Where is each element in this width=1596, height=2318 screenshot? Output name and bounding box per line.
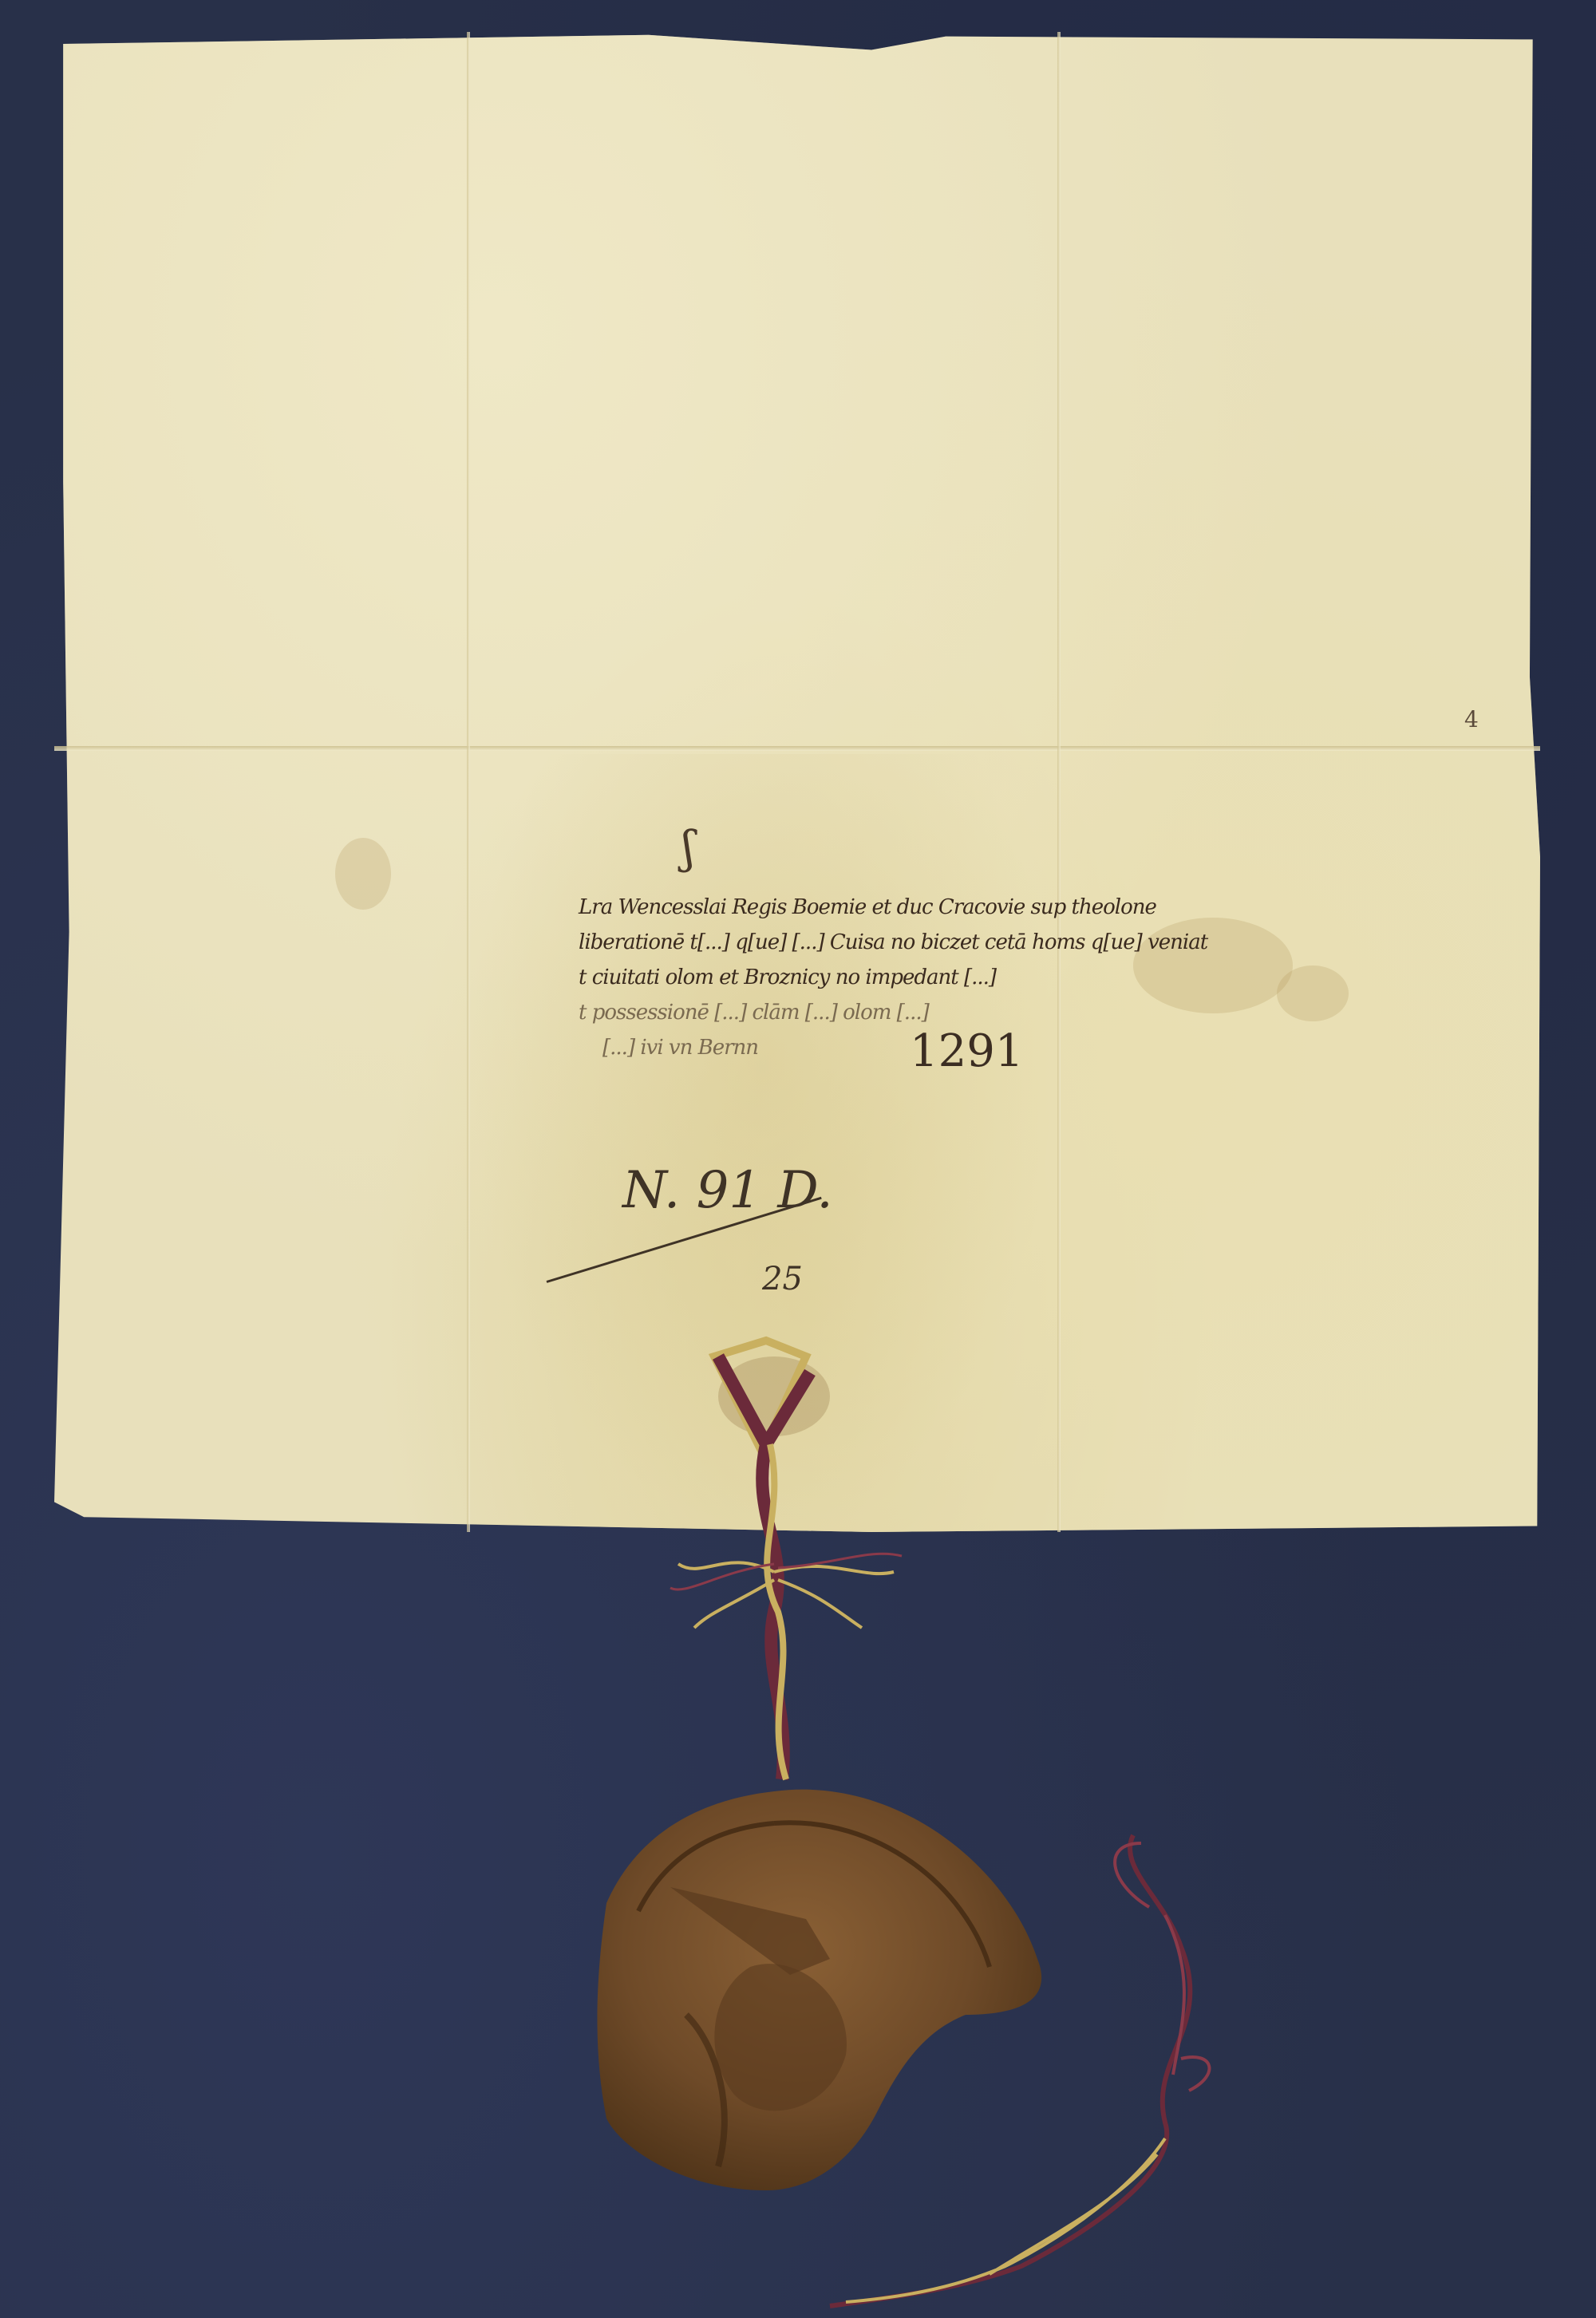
seal-cord xyxy=(654,1309,910,1803)
vertical-fold-line-right xyxy=(1057,32,1061,1532)
section-mark: ʃ xyxy=(682,822,694,874)
endorsement-line: liberationē t[...] q[ue] [...] Cuisa no … xyxy=(579,925,1073,960)
endorsement-line: t ciuitati olom et Broznicy no impedant … xyxy=(579,960,1073,995)
horizontal-fold-line xyxy=(54,746,1540,751)
loose-seal-threads xyxy=(766,1819,1261,2314)
stain xyxy=(335,838,391,910)
stain xyxy=(1277,966,1349,1021)
endorsement-line: Lra Wencesslai Regis Boemie et duc Craco… xyxy=(579,890,1073,925)
corner-number: 4 xyxy=(1464,706,1479,733)
vertical-fold-line-left xyxy=(467,32,470,1532)
shelfmark: N. 91 D. xyxy=(622,1161,833,1220)
shelfmark-sub: 25 xyxy=(762,1261,803,1297)
year-annotation: 1291 xyxy=(910,1025,1024,1077)
